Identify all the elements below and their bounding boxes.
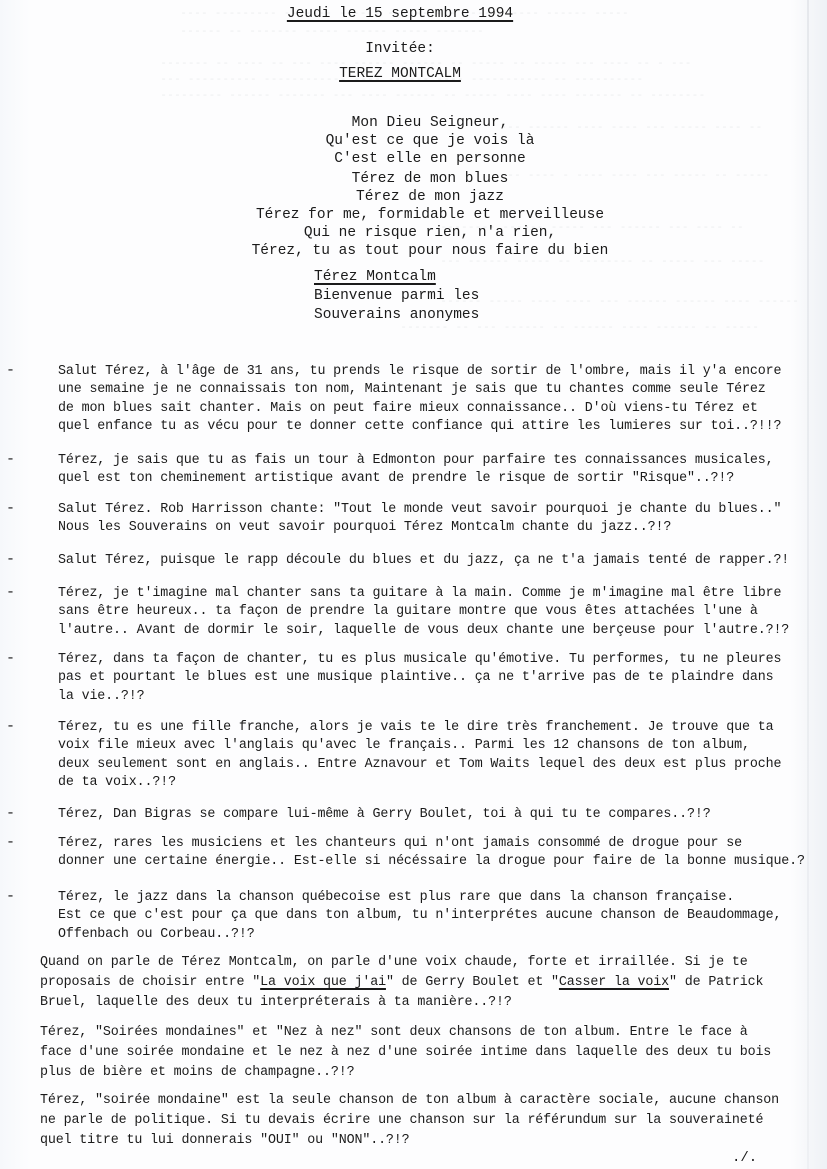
paragraph-line: Quand on parle de Térez Montcalm, on par… [40,952,763,972]
bullet-dash: - [6,500,15,517]
question-line: Térez, Dan Bigras se compare lui-même à … [58,805,782,823]
signature-line-1: Bienvenue parmi les [314,287,479,306]
question-item: Térez, je sais que tu as fais un tour à … [58,451,782,488]
bleed-through-text: ------- ----- ------ ----- ------- -- --… [180,26,484,38]
question-line: Est ce que c'est pour ça que dans ton al… [58,906,782,924]
poem-line: Térez, tu as tout pour nous faire du bie… [0,242,827,260]
question-line: de ta voix..?!? [58,773,782,791]
guest-name: TEREZ MONTCALM [0,66,800,82]
question-item: Térez, rares les musiciens et les chante… [58,834,782,871]
song-title-casser-la-voix: Casser la voix [559,974,669,990]
question-item: Térez, Dan Bigras se compare lui-même à … [58,805,782,823]
question-line: Salut Térez, puisque le rapp découle du … [58,551,782,569]
question-line: Salut Térez. Rob Harrisson chante: "Tout… [58,500,782,518]
question-item: Salut Térez, à l'âge de 31 ans, tu prend… [58,362,782,436]
bullet-dash: - [6,805,15,822]
question-line: deux seulement sont en anglais.. Entre A… [58,755,782,773]
poem-signature: Térez Montcalm Bienvenue parmi les Souve… [314,268,479,325]
question-line: Térez, je sais que tu as fais un tour à … [58,451,782,469]
bullet-dash: - [6,718,15,735]
question-line: pas et pourtant le blues est une musique… [58,668,782,686]
question-line: quel enfance tu as vécu pour te donner c… [58,417,782,435]
question-line: Nous les Souverains on veut savoir pourq… [58,518,782,536]
question-line: l'autre.. Avant de dormir le soir, laque… [58,621,782,639]
continuation-mark: ./. [732,1150,757,1166]
question-line: Térez, rares les musiciens et les chante… [58,834,782,852]
bullet-dash: - [6,451,15,468]
bullet-dash: - [6,584,15,601]
signature-name: Térez Montcalm [314,269,436,285]
bleed-through-text: -------- -- ------- ---- ---- ----- -- -… [160,90,705,102]
question-line: Térez, je t'imagine mal chanter sans ta … [58,584,782,602]
question-item: Térez, je t'imagine mal chanter sans ta … [58,584,782,639]
song-title-la-voix-que-jai: La voix que j'ai [260,974,386,990]
paragraph-line: plus de bière et moins de champagne..?!? [40,1062,771,1082]
poem-line: Térez de mon jazz [0,188,827,206]
paragraph-line: proposais de choisir entre "La voix que … [40,972,763,992]
poem-line: Térez de mon blues [0,170,827,188]
question-line: quel est ton cheminement artistique avan… [58,469,782,487]
date-text: Jeudi le 15 septembre 1994 [287,6,513,22]
paragraph-soirees: Térez, "Soirées mondaines" et "Nez à nez… [40,1022,771,1082]
date-heading: Jeudi le 15 septembre 1994 [0,6,800,22]
question-item: Salut Térez, puisque le rapp découle du … [58,551,782,569]
question-line: Salut Térez, à l'âge de 31 ans, tu prend… [58,362,782,380]
poem-line: Qu'est ce que je vois là [0,132,827,150]
paragraph-line: Bruel, laquelle des deux tu interprétera… [40,992,763,1012]
paragraph-line: face d'une soirée mondaine et le nez à n… [40,1042,771,1062]
bullet-dash: - [6,362,15,379]
question-line: la vie..?!? [58,687,782,705]
guest-name-text: TEREZ MONTCALM [339,66,461,82]
question-line: Térez, tu es une fille franche, alors je… [58,718,782,736]
poem-line: Mon Dieu Seigneur, [0,114,827,132]
paragraph-line: Térez, "soirée mondaine" est la seule ch… [40,1090,779,1110]
question-item: Térez, dans ta façon de chanter, tu es p… [58,650,782,705]
paragraph-voice: Quand on parle de Térez Montcalm, on par… [40,952,763,1012]
poem-line: Térez for me, formidable et merveilleuse [0,206,827,224]
poem-stanza-2: Térez de mon blues Térez de mon jazz Tér… [0,170,827,224]
bullet-dash: - [6,834,15,851]
paragraph-referendum: Térez, "soirée mondaine" est la seule ch… [40,1090,779,1150]
paragraph-line: Térez, "Soirées mondaines" et "Nez à nez… [40,1022,771,1042]
guest-label: Invitée: [0,41,800,57]
question-line: Térez, le jazz dans la chanson québecois… [58,888,782,906]
guest-label-text: Invitée: [365,41,435,57]
poem-line: Qui ne risque rien, n'a rien, [0,224,827,242]
bullet-dash: - [6,650,15,667]
bullet-dash: - [6,551,15,568]
question-line: sans être heureux.. ta façon de prendre … [58,602,782,620]
signature-line-2: Souverains anonymes [314,306,479,325]
poem-line: C'est elle en personne [0,150,827,168]
poem-stanza-1: Mon Dieu Seigneur, Qu'est ce que je vois… [0,114,827,168]
question-line: de mon blues sait chanter. Mais on peut … [58,399,782,417]
question-line: voix file mieux avec l'anglais qu'avec l… [58,736,782,754]
question-line: donner une certaine énergie.. Est-elle s… [58,852,782,870]
question-line: Offenbach ou Corbeau..?!? [58,925,782,943]
paragraph-line: ne parle de politique. Si tu devais écri… [40,1110,779,1130]
question-item: Salut Térez. Rob Harrisson chante: "Tout… [58,500,782,537]
question-item: Térez, tu es une fille franche, alors je… [58,718,782,792]
question-line: Térez, dans ta façon de chanter, tu es p… [58,650,782,668]
bullet-dash: - [6,888,15,905]
paragraph-line: quel titre tu lui donnerais "OUI" ou "NO… [40,1130,779,1150]
poem-stanza-3: Qui ne risque rien, n'a rien, Térez, tu … [0,224,827,260]
question-item: Térez, le jazz dans la chanson québecois… [58,888,782,943]
bleed-through-text: ------ ---- ------ ------ --- ---- ---- … [440,296,799,308]
question-line: une semaine je ne connaissais ton nom, M… [58,380,782,398]
